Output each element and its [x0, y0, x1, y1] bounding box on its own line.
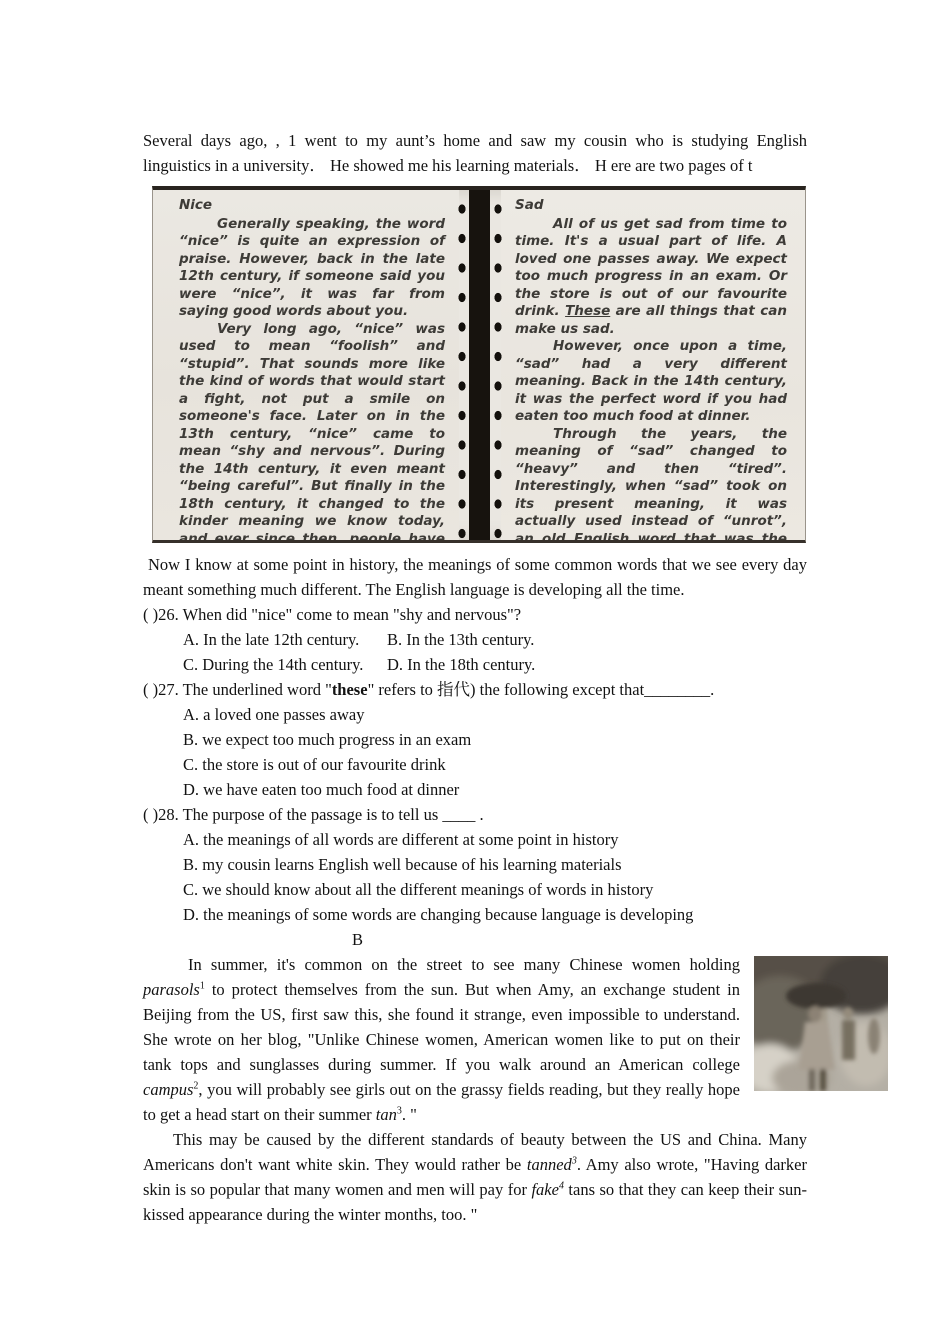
sad-paragraph-2: However, once upon a time, “sad” had a v… [515, 338, 787, 426]
nice-paragraph-1: Generally speaking, the word “nice” is q… [179, 216, 445, 321]
option-27-d: D. we have eaten too much food at dinner [143, 777, 807, 802]
nice-page-title: Nice [179, 197, 445, 215]
sad-page-title: Sad [515, 197, 787, 215]
question-26-stem: ( )26. When did "nice" come to mean "shy… [143, 602, 807, 627]
section-b-label: B [143, 927, 807, 952]
option-26-b: B. In the 13th century. [387, 630, 534, 649]
option-28-c: C. we should know about all the differen… [143, 877, 807, 902]
option-28-a: A. the meanings of all words are differe… [143, 827, 807, 852]
intro-paragraph: Several days ago, , 1 went to my aunt’s … [143, 128, 807, 178]
notebook-page-nice: Nice Generally speaking, the word “nice”… [153, 190, 459, 540]
notebook-scan: Nice Generally speaking, the word “nice”… [152, 186, 806, 543]
option-26-a: A. In the late 12th century. [183, 627, 387, 652]
option-28-b: B. my cousin learns English well because… [143, 852, 807, 877]
option-26-d: D. In the 18th century. [387, 655, 535, 674]
nice-paragraph-2: Very long ago, “nice” was used to mean “… [179, 321, 445, 544]
question-27-stem: ( )27. The underlined word "these" refer… [143, 677, 807, 702]
passage-b-paragraph-2: This may be caused by the different stan… [143, 1127, 807, 1227]
passage-b: In summer, it's common on the street to … [143, 952, 807, 1227]
option-26-c: C. During the 14th century. [183, 652, 387, 677]
parasol-street-photo [754, 956, 888, 1091]
sad-paragraph-1: All of us get sad from time to time. It'… [515, 216, 787, 339]
option-27-a: A. a loved one passes away [143, 702, 807, 727]
binding-holes-right [492, 196, 504, 540]
notebook-page-sad: Sad All of us get sad from time to time.… [501, 190, 805, 540]
binding-bar [469, 186, 490, 543]
exam-page: Several days ago, , 1 went to my aunt’s … [143, 128, 807, 1227]
option-27-b: B. we expect too much progress in an exa… [143, 727, 807, 752]
question-28-stem: ( )28. The purpose of the passage is to … [143, 802, 807, 827]
binding-holes-left [456, 196, 468, 540]
question-26-options-row-1: A. In the late 12th century.B. In the 13… [143, 627, 807, 652]
question-26: ( )26. When did "nice" come to mean "shy… [143, 602, 807, 677]
question-28: ( )28. The purpose of the passage is to … [143, 802, 807, 927]
option-28-d: D. the meanings of some words are changi… [143, 902, 807, 927]
passage-b-paragraph-1: In summer, it's common on the street to … [143, 952, 740, 1127]
conclusion-paragraph: Now I know at some point in history, the… [143, 552, 807, 602]
question-26-options-row-2: C. During the 14th century.D. In the 18t… [143, 652, 807, 677]
question-27: ( )27. The underlined word "these" refer… [143, 677, 807, 802]
option-27-c: C. the store is out of our favourite dri… [143, 752, 807, 777]
spiral-binding [459, 190, 501, 540]
sad-paragraph-3: Through the years, the meaning of “sad” … [515, 426, 787, 544]
